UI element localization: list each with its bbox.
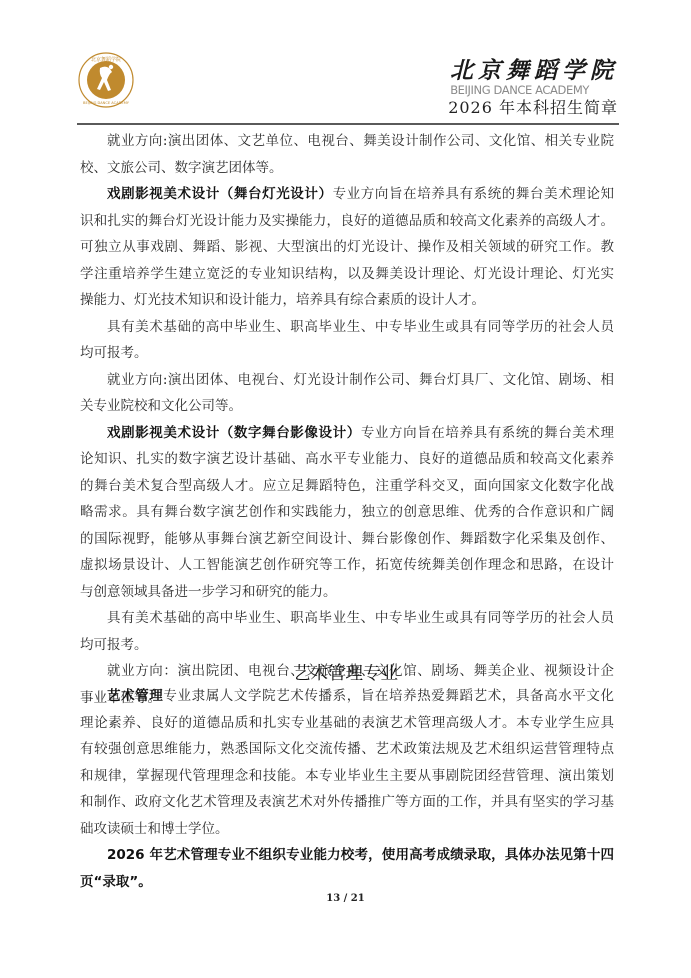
line-text: 论知识、扎实的数字演艺设计基础、高水平专业能力、良好的道德品质和较高文化素养 <box>80 451 614 467</box>
page-number: 13 / 21 <box>0 893 691 904</box>
text-line: 均可报考。 <box>80 632 614 659</box>
svg-text:BEIJING DANCE ACADEMY: BEIJING DANCE ACADEMY <box>83 101 130 105</box>
line-text: 就业方向:演出团体、文艺单位、电视台、舞美设计制作公司、文化馆、相关专业院 <box>107 133 614 149</box>
brand-name-en: BEIJING DANCE ACADEMY <box>448 84 618 97</box>
text-line: 和制作、政府文化艺术管理及表演艺术对外传播推广等方面的工作，并具有坚实的学习基 <box>80 789 614 816</box>
text-line: 与创意领域具备进一步学习和研究的能力。 <box>80 579 614 606</box>
text-line: 论知识、扎实的数字演艺设计基础、高水平专业能力、良好的道德品质和较高文化素养 <box>80 446 614 473</box>
major-name: 艺术管理 <box>107 688 163 704</box>
text-line: 艺术管理专业隶属人文学院艺术传播系，旨在培养热爱舞蹈艺术，具备高水平文化 <box>80 683 614 710</box>
line-text: 理论素养、良好的道德品质和扎实专业基础的表演艺术管理高级人才。本专业学生应具 <box>80 715 614 731</box>
line-text: 略需求。具有舞台数字演艺创作和实践能力，独立的创意思维、优秀的合作意识和广阔 <box>80 504 614 520</box>
text-line: 校、文旅公司、数字演艺团体等。 <box>80 155 614 182</box>
line-text: 与创意领域具备进一步学习和研究的能力。 <box>80 584 337 600</box>
stage-design-section: 就业方向:演出团体、文艺单位、电视台、舞美设计制作公司、文化馆、相关专业院校、文… <box>80 128 614 711</box>
line-text: 可独立从事戏剧、舞蹈、影视、大型演出的灯光设计、操作及相关领域的研究工作。教 <box>80 239 614 255</box>
line-text: 识和扎实的舞台灯光设计能力及实操能力，良好的道德品质和较高文化素养的高级人才。 <box>80 213 614 229</box>
line-text: 的舞台美术复合型高级人才。应立足舞蹈特色，注重学科交叉，面向国家文化数字化战 <box>80 478 614 494</box>
text-line: 关专业院校和文化公司等。 <box>80 393 614 420</box>
line-text: 均可报考。 <box>80 345 148 361</box>
text-line: 可独立从事戏剧、舞蹈、影视、大型演出的灯光设计、操作及相关领域的研究工作。教 <box>80 234 614 261</box>
line-text: 校、文旅公司、数字演艺团体等。 <box>80 160 283 176</box>
line-text: 学注重培养学生建立宽泛的专业知识结构，以及舞美设计理论、灯光设计理论、灯光实 <box>80 266 614 282</box>
line-text: 础攻读硕士和博士学位。 <box>80 821 229 837</box>
text-line: 识和扎实的舞台灯光设计能力及实操能力，良好的道德品质和较高文化素养的高级人才。 <box>80 208 614 235</box>
text-line: 具有美术基础的高中毕业生、职高毕业生、中专毕业生或具有同等学历的社会人员 <box>80 605 614 632</box>
text-line: 学注重培养学生建立宽泛的专业知识结构，以及舞美设计理论、灯光设计理论、灯光实 <box>80 261 614 288</box>
arts-management-section: 艺术管理专业隶属人文学院艺术传播系，旨在培养热爱舞蹈艺术，具备高水平文化理论素养… <box>80 683 614 895</box>
text-line: 础攻读硕士和博士学位。 <box>80 816 614 843</box>
text-line: 具有美术基础的高中毕业生、职高毕业生、中专毕业生或具有同等学历的社会人员 <box>80 314 614 341</box>
line-text: 虚拟场景设计、人工智能演艺创作研究等工作，拓宽传统舞美创作理念和思路，在设计 <box>80 557 614 573</box>
text-line: 的国际视野，能够从事舞台演艺新空间设计、舞台影像创作、舞蹈数字化采集及创作、 <box>80 526 614 553</box>
line-text: 页“录取”。 <box>80 874 152 890</box>
text-line: 戏剧影视美术设计（舞台灯光设计）专业方向旨在培养具有系统的舞台美术理论知 <box>80 181 614 208</box>
line-text: 就业方向:演出团体、电视台、灯光设计制作公司、舞台灯具厂、文化馆、剧场、相 <box>107 372 614 388</box>
brochure-title: 2026 年本科招生简章 <box>448 97 618 119</box>
text-line: 略需求。具有舞台数字演艺创作和实践能力，独立的创意思维、优秀的合作意识和广阔 <box>80 499 614 526</box>
line-text: 具有美术基础的高中毕业生、职高毕业生、中专毕业生或具有同等学历的社会人员 <box>107 319 614 335</box>
text-line: 虚拟场景设计、人工智能演艺创作研究等工作，拓宽传统舞美创作理念和思路，在设计 <box>80 552 614 579</box>
line-text: 均可报考。 <box>80 637 148 653</box>
academy-emblem-icon: 北京舞蹈学院 BEIJING DANCE ACADEMY <box>78 52 134 108</box>
line-text: 的国际视野，能够从事舞台演艺新空间设计、舞台影像创作、舞蹈数字化采集及创作、 <box>80 531 614 547</box>
text-line: 均可报考。 <box>80 340 614 367</box>
line-text: 具有美术基础的高中毕业生、职高毕业生、中专毕业生或具有同等学历的社会人员 <box>107 610 614 626</box>
text-line: 有较强创意思维能力，熟悉国际文化交流传播、艺术政策法规及艺术组织运营管理特点 <box>80 736 614 763</box>
brand-block: 北京舞蹈学院 BEIJING DANCE ACADEMY 2026 年本科招生简… <box>448 58 618 119</box>
line-text: 专业方向旨在培养具有系统的舞台美术理论知 <box>333 186 614 202</box>
text-line: 理论素养、良好的道德品质和扎实专业基础的表演艺术管理高级人才。本专业学生应具 <box>80 710 614 737</box>
svg-text:北京舞蹈学院: 北京舞蹈学院 <box>91 56 121 63</box>
text-line: 和规律，掌握现代管理理念和技能。本专业毕业生主要从事剧院团经营管理、演出策划 <box>80 763 614 790</box>
section-heading-arts-management: 艺术管理专业 <box>0 660 691 685</box>
line-text: 和制作、政府文化艺术管理及表演艺术对外传播推广等方面的工作，并具有坚实的学习基 <box>80 794 614 810</box>
text-line: 就业方向:演出团体、电视台、灯光设计制作公司、舞台灯具厂、文化馆、剧场、相 <box>80 367 614 394</box>
major-name: 戏剧影视美术设计（数字舞台影像设计） <box>107 425 361 441</box>
line-text: 和规律，掌握现代管理理念和技能。本专业毕业生主要从事剧院团经营管理、演出策划 <box>80 768 614 784</box>
text-line: 的舞台美术复合型高级人才。应立足舞蹈特色，注重学科交叉，面向国家文化数字化战 <box>80 473 614 500</box>
text-line: 戏剧影视美术设计（数字舞台影像设计）专业方向旨在培养具有系统的舞台美术理 <box>80 420 614 447</box>
line-text: 2026 年艺术管理专业不组织专业能力校考，使用高考成绩录取，具体办法见第十四 <box>107 847 614 863</box>
line-text: 操能力、灯光技术知识和设计能力，培养具有综合素质的设计人才。 <box>80 292 485 308</box>
line-text: 专业隶属人文学院艺术传播系，旨在培养热爱舞蹈艺术，具备高水平文化 <box>163 688 614 704</box>
brand-name-cn: 北京舞蹈学院 <box>448 58 618 84</box>
line-text: 有较强创意思维能力，熟悉国际文化交流传播、艺术政策法规及艺术组织运营管理特点 <box>80 741 614 757</box>
text-line: 就业方向:演出团体、文艺单位、电视台、舞美设计制作公司、文化馆、相关专业院 <box>80 128 614 155</box>
header-rule <box>77 123 619 125</box>
line-text: 专业方向旨在培养具有系统的舞台美术理 <box>361 425 614 441</box>
major-name: 戏剧影视美术设计（舞台灯光设计） <box>107 186 333 202</box>
text-line: 2026 年艺术管理专业不组织专业能力校考，使用高考成绩录取，具体办法见第十四 <box>80 842 614 869</box>
text-line: 操能力、灯光技术知识和设计能力，培养具有综合素质的设计人才。 <box>80 287 614 314</box>
text-line: 页“录取”。 <box>80 869 614 896</box>
line-text: 关专业院校和文化公司等。 <box>80 398 242 414</box>
